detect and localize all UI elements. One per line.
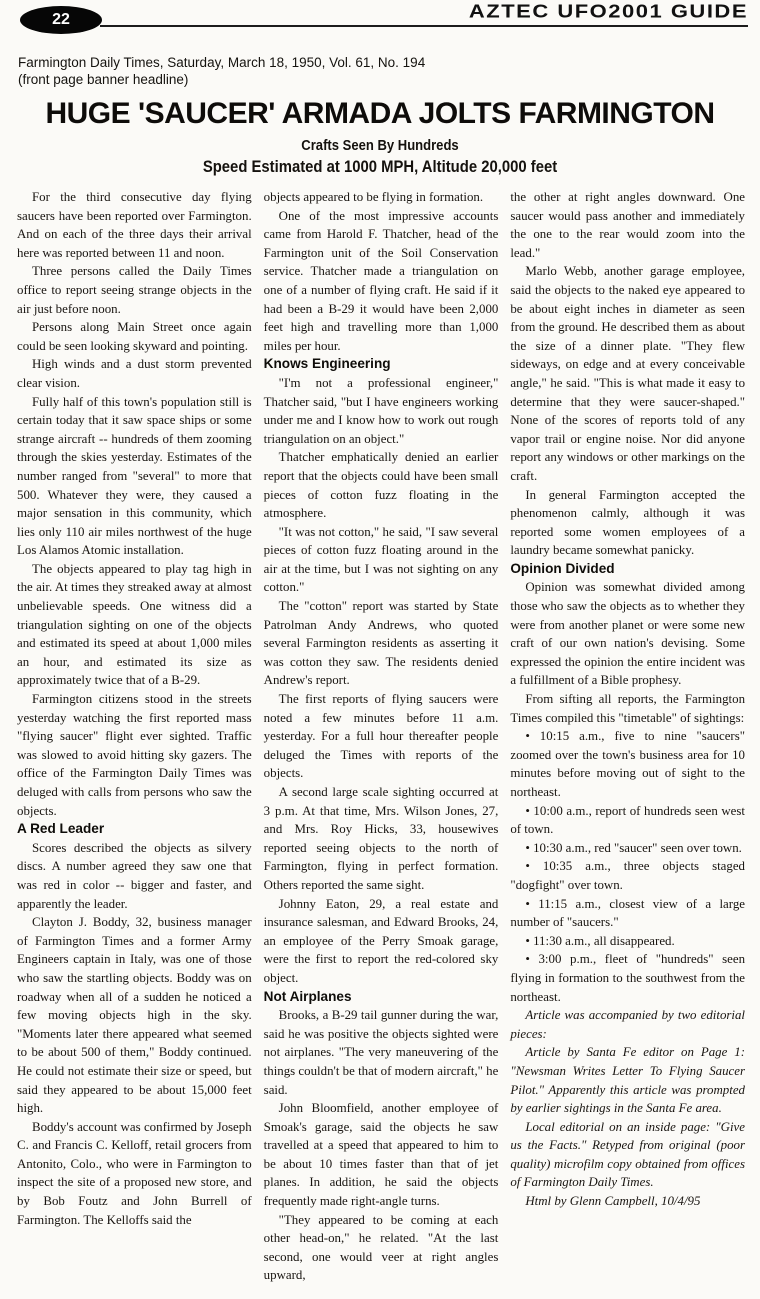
page-number-badge: 22 <box>20 6 102 34</box>
article-paragraph: One of the most impressive accounts came… <box>264 207 499 356</box>
timetable-item: • 10:15 a.m., five to nine "saucers" zoo… <box>510 727 745 801</box>
timetable-item: • 10:00 a.m., report of hundreds seen we… <box>510 802 745 839</box>
header-rule <box>100 25 748 27</box>
article-paragraph: "I'm not a professional engineer," Thatc… <box>264 374 499 448</box>
article-paragraph: Thatcher emphatically denied an earlier … <box>264 448 499 522</box>
timetable-item: • 11:30 a.m., all disappeared. <box>510 932 745 951</box>
article-paragraph: A second large scale sighting occurred a… <box>264 783 499 895</box>
section-heading: Opinion Divided <box>510 560 745 579</box>
timetable-item: • 11:15 a.m., closest view of a large nu… <box>510 895 745 932</box>
article-paragraph: The first reports of flying saucers were… <box>264 690 499 783</box>
article-paragraph: Boddy's account was confirmed by Joseph … <box>17 1118 252 1230</box>
column-1: For the third consecutive day flying sau… <box>17 188 252 1285</box>
article-paragraph: High winds and a dust storm prevented cl… <box>17 355 252 392</box>
article-paragraph: Clayton J. Boddy, 32, business manager o… <box>17 913 252 1118</box>
subheadline-1: Crafts Seen By Hundreds <box>38 138 722 154</box>
article-paragraph: The objects appeared to play tag high in… <box>17 560 252 690</box>
column-3: the other at right angles downward. One … <box>510 188 745 1285</box>
section-heading: A Red Leader <box>17 820 252 839</box>
page-number: 22 <box>52 11 70 29</box>
timetable-item: • 10:35 a.m., three objects staged "dogf… <box>510 857 745 894</box>
banner-note: (front page banner headline) <box>18 72 760 89</box>
section-heading: Knows Engineering <box>264 355 499 374</box>
guide-logo: AZTEC UFO2001 GUIDE <box>469 1 748 22</box>
article-paragraph: From sifting all reports, the Farmington… <box>510 690 745 727</box>
section-heading: Not Airplanes <box>264 988 499 1007</box>
article-paragraph: objects appeared to be flying in formati… <box>264 188 499 207</box>
page-header-bar: 22 AZTEC UFO2001 GUIDE <box>0 0 760 46</box>
article-body: For the third consecutive day flying sau… <box>17 188 745 1285</box>
article-paragraph: Marlo Webb, another garage employee, sai… <box>510 262 745 485</box>
article-paragraph: In general Farmington accepted the pheno… <box>510 486 745 560</box>
article-paragraph: John Bloomfield, another employee of Smo… <box>264 1099 499 1211</box>
article-paragraph: The "cotton" report was started by State… <box>264 597 499 690</box>
article-paragraph: Brooks, a B-29 tail gunner during the wa… <box>264 1006 499 1099</box>
citation-block: Farmington Daily Times, Saturday, March … <box>18 55 760 88</box>
article-paragraph: For the third consecutive day flying sau… <box>17 188 252 262</box>
source-citation: Farmington Daily Times, Saturday, March … <box>18 55 760 72</box>
subheadline-2: Speed Estimated at 1000 MPH, Altitude 20… <box>38 158 722 177</box>
editorial-note: Article by Santa Fe editor on Page 1: "N… <box>510 1043 745 1117</box>
timetable-item: • 10:30 a.m., red "saucer" seen over tow… <box>510 839 745 858</box>
article-headline: HUGE 'SAUCER' ARMADA JOLTS FARMINGTON <box>8 97 752 131</box>
article-paragraph: the other at right angles downward. One … <box>510 188 745 262</box>
editorial-note: Local editorial on an inside page: "Give… <box>510 1118 745 1192</box>
editorial-note: Html by Glenn Campbell, 10/4/95 <box>510 1192 745 1211</box>
article-paragraph: Three persons called the Daily Times off… <box>17 262 252 318</box>
article-paragraph: Persons along Main Street once again cou… <box>17 318 252 355</box>
article-paragraph: Johnny Eaton, 29, a real estate and insu… <box>264 895 499 988</box>
timetable-item: • 3:00 p.m., fleet of "hundreds" seen fl… <box>510 950 745 1006</box>
article-paragraph: Farmington citizens stood in the streets… <box>17 690 252 820</box>
article-paragraph: Fully half of this town's population sti… <box>17 393 252 560</box>
scanned-page: 22 AZTEC UFO2001 GUIDE Farmington Daily … <box>0 0 760 1285</box>
article-paragraph: Scores described the objects as silvery … <box>17 839 252 913</box>
article-paragraph: "They appeared to be coming at each othe… <box>264 1211 499 1285</box>
column-2: objects appeared to be flying in formati… <box>264 188 499 1285</box>
editorial-note: Article was accompanied by two editorial… <box>510 1006 745 1043</box>
article-paragraph: Opinion was somewhat divided among those… <box>510 578 745 690</box>
article-paragraph: "It was not cotton," he said, "I saw sev… <box>264 523 499 597</box>
